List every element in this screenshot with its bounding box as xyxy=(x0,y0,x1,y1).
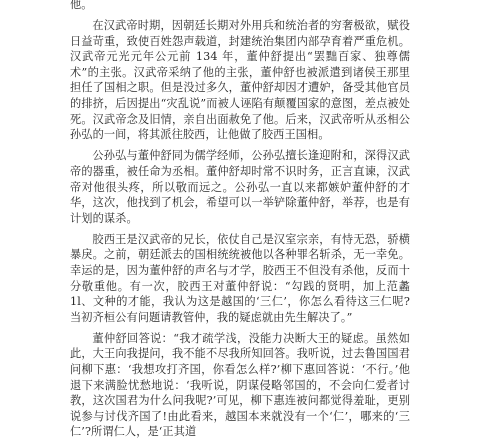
document-page: 他。 在汉武帝时期，因朝廷长期对外用兵和统治者的穷奢极欲，赋役日益苛重，致使百姓… xyxy=(70,0,410,300)
paragraph-gongsun-hong: 公孙弘与董仲舒同为儒学经师，公孙弘擅长逢迎附和，深得汉武帝的器重，被任命为丞相。… xyxy=(70,148,410,226)
paragraph-jiaoxi-king: 胶西王是汉武帝的兄长，依仗自己是汉室宗亲，有恃无恐，骄横暴戾。之前，朝廷派去的国… xyxy=(70,232,410,300)
paragraph-wudi-era: 在汉武帝时期，因朝廷长期对外用兵和统治者的穷奢极欲，赋役日益苛重，致使百姓怨声载… xyxy=(70,18,410,143)
paragraph-fragment: 他。 xyxy=(70,0,410,13)
